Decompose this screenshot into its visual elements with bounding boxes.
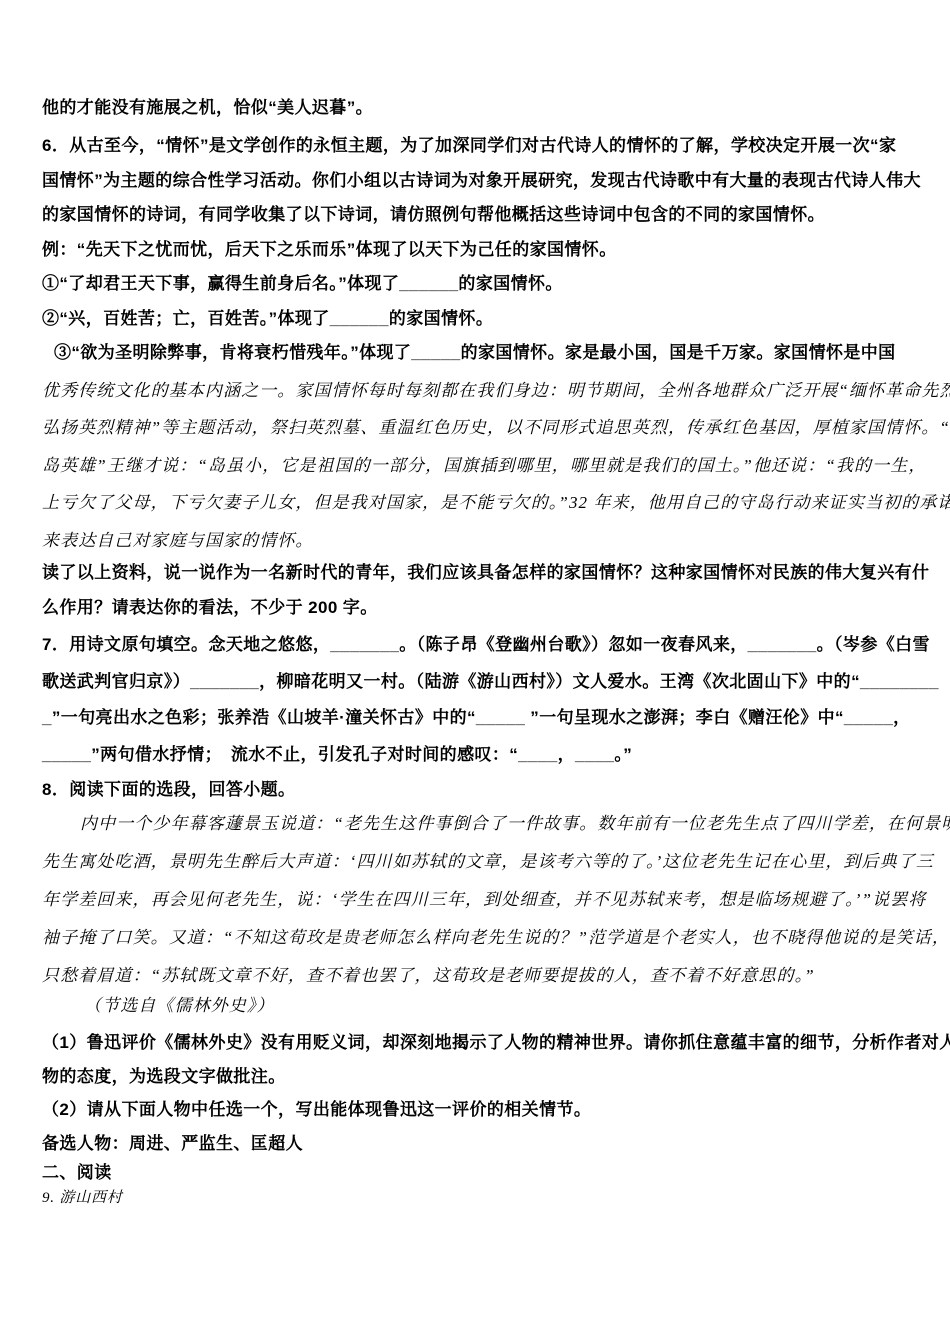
text-line: 优秀传统文化的基本内涵之一。家国情怀每时每刻都在我们身边：明节期间，全州各地群众…	[42, 372, 942, 410]
section-q9: 9. 游山西村	[42, 1183, 942, 1213]
text-line: ②“兴，百姓苦；亡，百姓苦。”体现了______的家国情怀。	[42, 302, 942, 337]
text-line: 歌送武判官归京》）_______，柳暗花明又一村。（陆游《游山西村》）文人爱水。…	[42, 664, 942, 701]
text-line: 先生寓处吃酒，景明先生醉后大声道：‘四川如苏轼的文章，是该考六等的了。’这位老先…	[42, 843, 942, 881]
text-line: 8．阅读下面的选段，回答小题。	[42, 772, 942, 808]
section-q6: 6．从古至今，“情怀”是文学创作的永恒主题，为了加深同学们对古代诗人的情怀的了解…	[42, 129, 942, 371]
document-body: 他的才能没有施展之机，恰似“美人迟暮”。6．从古至今，“情怀”是文学创作的永恒主…	[42, 90, 942, 1213]
section-q8passage: 内中一个少年幕客蘧景玉说道：“老先生这件事倒合了一件故事。数年前有一位老先生点了…	[42, 805, 942, 995]
text-line: 物的态度，为选段文字做批注。	[42, 1060, 942, 1094]
text-line: 内中一个少年幕客蘧景玉说道：“老先生这件事倒合了一件故事。数年前有一位老先生点了…	[42, 805, 942, 843]
section-q6task: 读了以上资料，说一说作为一名新时代的青年，我们应该具备怎样的家国情怀？这种家国情…	[42, 555, 942, 625]
text-line: 弘扬英烈精神”等主题活动，祭扫英烈墓、重温红色历史，以不同形式追思英烈，传承红色…	[42, 409, 942, 447]
text-line: _____”两句借水抒情； 流水不止，引发孔子对时间的感叹：“____，____…	[42, 737, 942, 774]
exam-document-page: 他的才能没有施展之机，恰似“美人迟暮”。6．从古至今，“情怀”是文学创作的永恒主…	[0, 0, 950, 1344]
text-line: 备选人物：周进、严监生、匡超人	[42, 1127, 942, 1161]
text-line: ③“欲为圣明除弊事，肯将衰朽惜残年。”体现了_____的家国情怀。家是最小国，国…	[42, 336, 942, 371]
text-line: 他的才能没有施展之机，恰似“美人迟暮”。	[42, 90, 942, 126]
text-line: 岛英雄”王继才说：“岛虽小，它是祖国的一部分，国旗插到哪里，哪里就是我们的国土。…	[42, 447, 942, 485]
text-line: 么作用？请表达你的看法，不少于 200 字。	[42, 590, 942, 625]
text-line: 例：“先天下之忧而忧，后天下之乐而乐”体现了以天下为己任的家国情怀。	[42, 233, 942, 268]
section-q7: 7．用诗文原句填空。念天地之悠悠，_______。（陈子昂《登幽州台歌》）忽如一…	[42, 627, 942, 773]
text-line: 上亏欠了父母，下亏欠妻子儿女，但是我对国家，是不能亏欠的。”32 年来，他用自己…	[42, 484, 942, 522]
text-line: 的家国情怀的诗词，有同学收集了以下诗词，请仿照例句帮他概括这些诗词中包含的不同的…	[42, 198, 942, 233]
text-line: 读了以上资料，说一说作为一名新时代的青年，我们应该具备怎样的家国情怀？这种家国情…	[42, 555, 942, 590]
text-line: 7．用诗文原句填空。念天地之悠悠，_______。（陈子昂《登幽州台歌》）忽如一…	[42, 627, 942, 664]
section-q8head: 8．阅读下面的选段，回答小题。	[42, 772, 942, 808]
section-q8items: （1）鲁迅评价《儒林外史》没有用贬义词，却深刻地揭示了人物的精神世界。请你抓住意…	[42, 1026, 942, 1160]
section-q6material: 优秀传统文化的基本内涵之一。家国情怀每时每刻都在我们身边：明节期间，全州各地群众…	[42, 372, 942, 560]
text-line: 来表达自己对家庭与国家的情怀。	[42, 522, 942, 560]
text-line: 年学差回来，再会见何老先生，说：‘学生在四川三年，到处细查，并不见苏轼来考，想是…	[42, 881, 942, 919]
text-line: 袖子掩了口笑。又道：“不知这荀玫是贵老师怎么样向老先生说的？”范学道是个老实人，…	[42, 919, 942, 957]
text-line: 国情怀”为主题的综合性学习活动。你们小组以古诗词为对象开展研究，发现古代诗歌中有…	[42, 164, 942, 199]
text-line: （1）鲁迅评价《儒林外史》没有用贬义词，却深刻地揭示了人物的精神世界。请你抓住意…	[42, 1026, 942, 1060]
text-line: （2）请从下面人物中任选一个，写出能体现鲁迅这一评价的相关情节。	[42, 1093, 942, 1127]
text-line: ①“了却君王天下事，赢得生前身后名。”体现了______的家国情怀。	[42, 267, 942, 302]
text-line: 9. 游山西村	[42, 1183, 942, 1213]
text-line: _”一句亮出水之色彩；张养浩《山坡羊·潼关怀古》中的“_____ ”一句呈现水之…	[42, 700, 942, 737]
section-tail: 他的才能没有施展之机，恰似“美人迟暮”。	[42, 90, 942, 126]
text-line: 6．从古至今，“情怀”是文学创作的永恒主题，为了加深同学们对古代诗人的情怀的了解…	[42, 129, 942, 164]
